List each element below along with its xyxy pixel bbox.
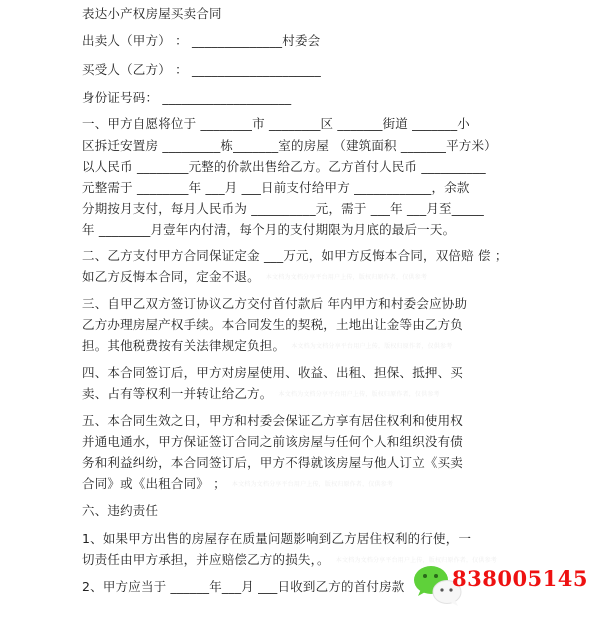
clause-6-1-line: 1、如果甲方出售的房屋存在质量问题影响到乙方居住权利的行使，一 bbox=[82, 530, 471, 548]
clause-3-line: 三、自甲乙双方签订协议乙方交付首付款后 年内甲方和村委会应协助 bbox=[82, 295, 467, 313]
clause-5-line: 务和利益纠纷，本合同签订后，甲方不得就该房屋与他人订立《买卖 bbox=[82, 454, 463, 472]
clause-6-1-text: 切责任由甲方承担，并应赔偿乙方的损失，。 bbox=[82, 552, 330, 567]
document-title: 表达小产权房屋买卖合同 bbox=[82, 5, 222, 23]
clause-5-text: 合同》或《出租合同》 ； bbox=[82, 476, 226, 491]
buyer-line: 买受人（乙方） ： ____________________ bbox=[82, 61, 321, 79]
clause-4-text: 卖、占有等权利一并转让给乙方。 bbox=[82, 386, 273, 401]
watermark-text: 本文档为文档分享平台用户上传，版权归原作者，仅供参考 bbox=[266, 274, 427, 281]
clause-1-line: 年 ________月壹年内付清，每个月的支付期限为月底的最后一天。 bbox=[82, 221, 455, 239]
watermark-text: 本文档为文档分享平台用户上传，版权归原作者，仅供参考 bbox=[279, 391, 440, 398]
clause-2-text: 如乙方反悔本合同，定金不退。 bbox=[82, 269, 260, 284]
clause-6-2-line: 2、甲方应当于 ______年___月 ___日收到乙方的首付房款 bbox=[82, 578, 405, 596]
clause-1-line: 元整需于 ________年 ___月 ___日前支付给甲方 _________… bbox=[82, 179, 470, 197]
clause-4-line: 卖、占有等权利一并转让给乙方。本文档为文档分享平台用户上传，版权归原作者，仅供参… bbox=[82, 385, 440, 403]
section-6-heading: 六、违约责任 bbox=[82, 502, 158, 520]
watermark-text: 本文档为文档分享平台用户上传，版权归原作者，仅供参考 bbox=[232, 481, 393, 488]
contact-phone-number: 838005145 bbox=[452, 566, 588, 591]
id-number-line: 身份证号码： ____________________ bbox=[82, 89, 291, 107]
clause-3-line: 担。其他税费按有关法律规定负担。本文档为文档分享平台用户上传，版权归原作者，仅供… bbox=[82, 337, 452, 355]
watermark-text: 本文档为文档分享平台用户上传，版权归原作者，仅供参考 bbox=[291, 343, 452, 350]
clause-5-line: 合同》或《出租合同》 ；本文档为文档分享平台用户上传，版权归原作者，仅供参考 bbox=[82, 475, 393, 493]
clause-3-line: 乙方办理房屋产权手续。本合同发生的契税，土地出让金等由乙方负 bbox=[82, 316, 463, 334]
clause-5-line: 五、本合同生效之日，甲方和村委会保证乙方享有居住权利和使用权 bbox=[82, 412, 463, 430]
clause-3-text: 担。其他税费按有关法律规定负担。 bbox=[82, 338, 285, 353]
clause-4-line: 四、本合同签订后，甲方对房屋使用、收益、出租、担保、抵押、买 bbox=[82, 364, 463, 382]
clause-2-line: 如乙方反悔本合同，定金不退。本文档为文档分享平台用户上传，版权归原作者，仅供参考 bbox=[82, 268, 427, 286]
clause-1-line: 分期按月支付，每月人民币为 __________元，需于 ___年 ___月至_… bbox=[82, 200, 484, 218]
clause-2-line: 二、乙方支付甲方合同保证定金 ___万元，如甲方反悔本合同，双倍赔 偿 ； bbox=[82, 247, 508, 265]
clause-5-line: 并通电通水，甲方保证签订合同之前该房屋与任何个人和组织没有债 bbox=[82, 433, 463, 451]
clause-1-line: 区拆迁安置房 _________栋_______室的房屋 （建筑面积 _____… bbox=[82, 137, 497, 155]
clause-1-line: 以人民币 ________元整的价款出售给乙方。乙方首付人民币 ________… bbox=[82, 158, 486, 176]
clause-1-line: 一、甲方自愿将位于 ________市 ________区 _______街道 … bbox=[82, 115, 470, 133]
seller-line: 出卖人（甲方） ： ______________村委会 bbox=[82, 32, 320, 50]
